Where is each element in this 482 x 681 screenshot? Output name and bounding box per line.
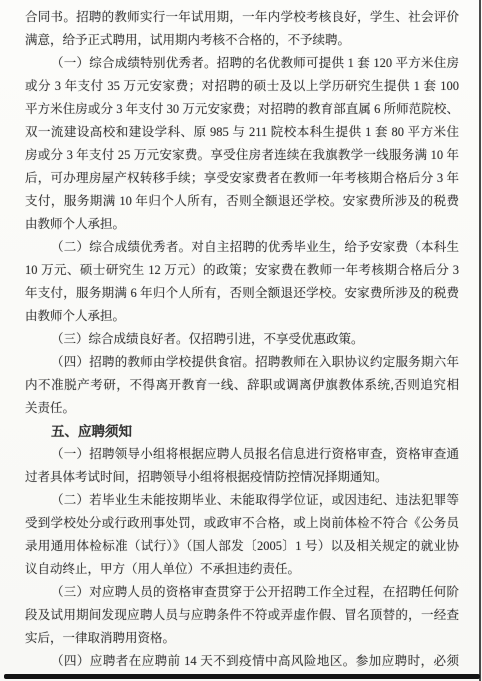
text-line: 实后，一律取消聘用资格。 <box>25 627 459 650</box>
text-line: 过者具体考试时间，招聘领导小组将根据疫情防控情况择期通知。 <box>25 466 459 489</box>
text-line: 年支付，服务期满 6 年归个人所有，否则全额退还学校。安家费所涉及的税费 <box>25 282 459 305</box>
text-line: （一）招聘领导小组将根据应聘人员报名信息进行资格审查，资格审查通 <box>25 443 459 466</box>
text-line: 房或分 3 年支付 25 万元安家费。享受住房者连续在我旗教学一线服务满 10 … <box>25 144 459 167</box>
text-line: （四）应聘者在应聘前 14 天不到疫情中高风险地区。参加应聘时，必须 <box>25 650 459 673</box>
text-line: 录用通用体检标准（试行）》（国人部发〔2005〕1 号）以及相关规定的就业协 <box>25 535 459 558</box>
text-line: 满意，给予正式聘用，试用期内考核不合格的，不予续聘。 <box>25 29 459 52</box>
page-right-border <box>479 0 481 681</box>
text-line: 由教师个人承担。 <box>25 213 459 236</box>
text-line: 平方米住房或分 3 年支付 30 万元安家费；对招聘的教育部直属 6 所师范院校… <box>25 98 459 121</box>
text-line: 双一流建设高校和建设学科、原 985 与 211 院校本科生提供 1 套 80 … <box>25 121 459 144</box>
screenshot-root: { "colors": { "background": "#fafaf7", "… <box>0 0 482 681</box>
document-page: 合同书。招聘的教师实行一年试用期，一年内学校考核良好，学生、社会评价 满意，给予… <box>0 0 482 681</box>
text-line: 受到学校处分或行政刑事处罚，或政审不合格，或上岗前体检不符合《公务员 <box>25 512 459 535</box>
text-line: （四）招聘的教师由学校提供食宿。招聘教师在入职协议约定服务期六年 <box>25 351 459 374</box>
section-heading: 五、应聘须知 <box>25 420 459 443</box>
text-line: 段及试用期间发现应聘人员与应聘条件不符或弄虚作假、冒名顶替的，一经查 <box>25 604 459 627</box>
text-line: （一）综合成绩特别优秀者。招聘的名优教师可提供 1 套 120 平方米住房 <box>25 52 459 75</box>
text-line: （二）综合成绩优秀者。对自主招聘的优秀毕业生，给予安家费（本科生 <box>25 236 459 259</box>
text-line: 议自动终止，甲方（用人单位）不承担违约责任。 <box>25 558 459 581</box>
text-line: 关责任。 <box>25 397 459 420</box>
text-line: （三）对应聘人员的资格审查贯穿于公开招聘工作全过程，在招聘任何阶 <box>25 581 459 604</box>
document-text: 合同书。招聘的教师实行一年试用期，一年内学校考核良好，学生、社会评价 满意，给予… <box>25 6 459 673</box>
text-line: 10 万元、硕士研究生 12 万元）的政策；安家费在教师一年考核期合格后分 3 <box>25 259 459 282</box>
text-line: 由教师个人承担。 <box>25 305 459 328</box>
text-line: 或分 3 年支付 35 万元安家费；对招聘的硕士及以上学历研究生提供 1 套 1… <box>25 75 459 98</box>
text-line: 后，可办理房屋产权转移手续；享受安家费者在教师一年考核期合格后分 3 年 <box>25 167 459 190</box>
text-line: （三）综合成绩良好者。仅招聘引进，不享受优惠政策。 <box>25 328 459 351</box>
text-line: 内不准脱产考研，不得离开教育一线、辞职或调离伊旗教体系统,否则追究相 <box>25 374 459 397</box>
text-line: 支付，服务期满 10 年归个人所有，否则全额退还学校。安家费所涉及的税费 <box>25 190 459 213</box>
text-line: （二）若毕业生未能按期毕业、未能取得学位证，或因违纪、违法犯罪等 <box>25 489 459 512</box>
page-bottom-border <box>4 674 480 679</box>
text-line: 合同书。招聘的教师实行一年试用期，一年内学校考核良好，学生、社会评价 <box>25 6 459 29</box>
